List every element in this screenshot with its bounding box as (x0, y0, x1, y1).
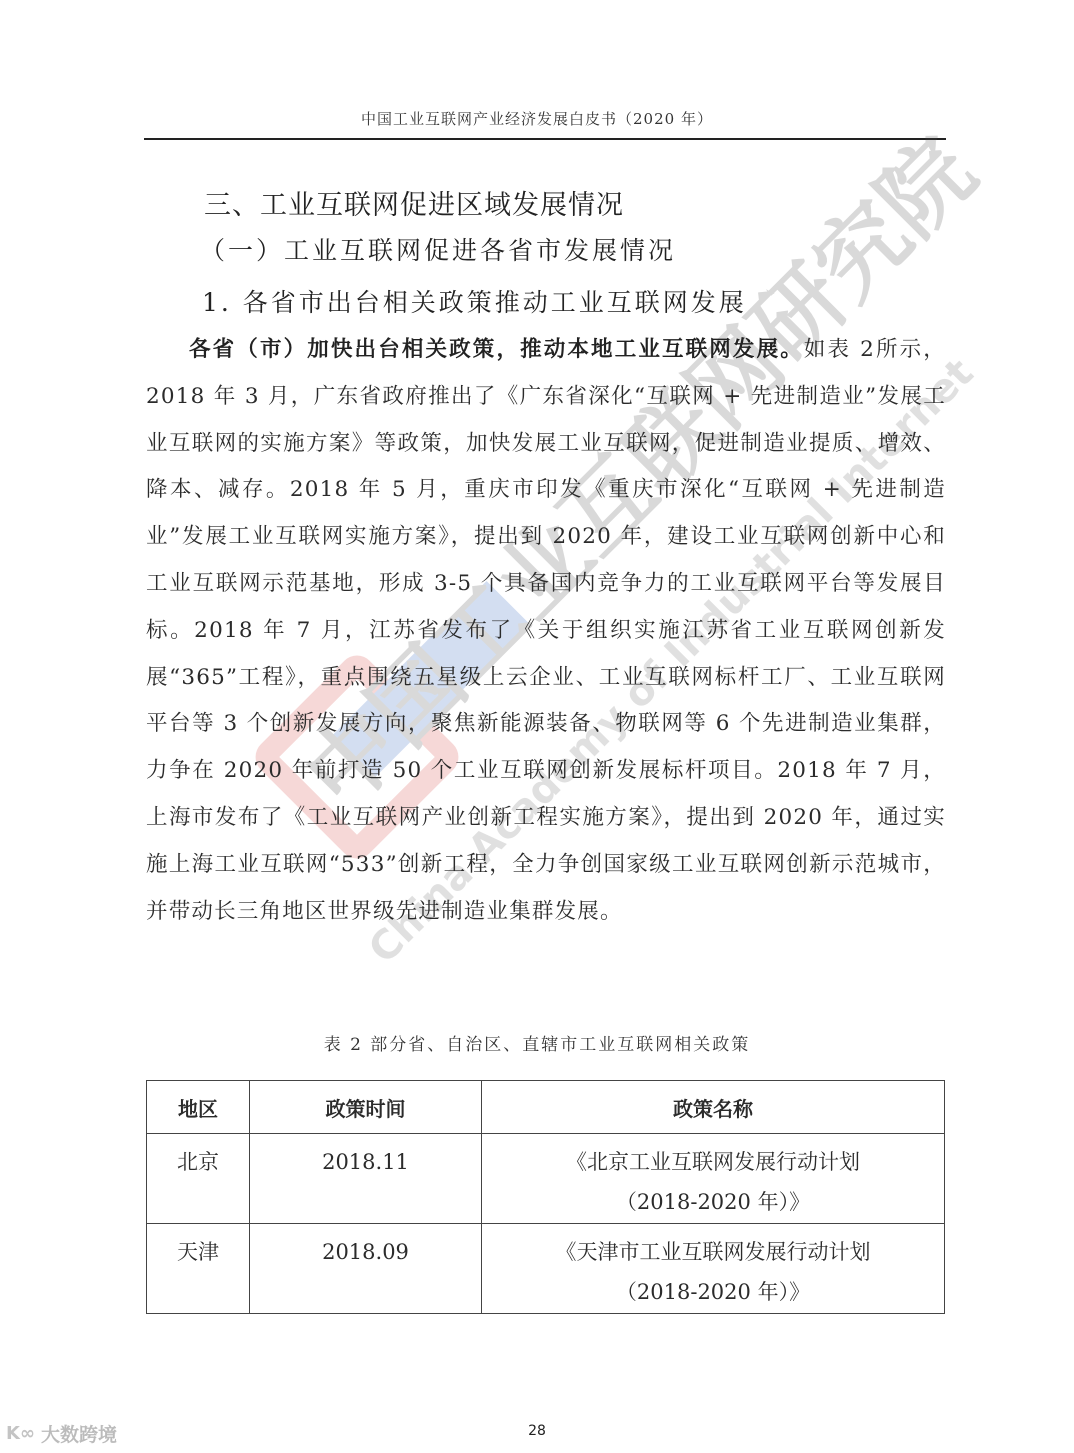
table-caption: 表 2 部分省、自治区、直辖市工业互联网相关政策 (0, 1030, 1074, 1055)
cell-date: 2018.09 (250, 1224, 482, 1314)
page-number: 28 (0, 1423, 1074, 1439)
table-row: 北京 2018.11 《北京工业互联网发展行动计划 （2018-2020 年）》 (147, 1134, 945, 1224)
cell-policy-name: 《天津市工业互联网发展行动计划 （2018-2020 年）》 (482, 1224, 945, 1314)
table-row: 天津 2018.09 《天津市工业互联网发展行动计划 （2018-2020 年）… (147, 1224, 945, 1314)
body-paragraph: 各省（市）加快出台相关政策，推动本地工业互联网发展。如表 2所示，2018 年 … (146, 327, 946, 935)
policy-name-line2: （2018-2020 年）》 (483, 1182, 943, 1222)
header-rule (144, 138, 946, 140)
paragraph-body-text: 如表 2所示，2018 年 3 月，广东省政府推出了《广东省深化“互联网 + 先… (146, 337, 946, 924)
column-header-date: 政策时间 (250, 1081, 482, 1134)
section-heading: 三、工业互联网促进区域发展情况 (204, 183, 624, 222)
cell-region: 天津 (147, 1224, 250, 1314)
policy-name-line1: 《北京工业互联网发展行动计划 (483, 1142, 943, 1182)
running-header: 中国工业互联网产业经济发展白皮书（2020 年） (0, 108, 1074, 129)
cell-policy-name: 《北京工业互联网发展行动计划 （2018-2020 年）》 (482, 1134, 945, 1224)
column-header-region: 地区 (147, 1081, 250, 1134)
policy-name-line2: （2018-2020 年）》 (483, 1272, 943, 1312)
cell-date: 2018.11 (250, 1134, 482, 1224)
table-header-row: 地区 政策时间 政策名称 (147, 1081, 945, 1134)
subsection-heading: （一）工业互联网促进各省市发展情况 (200, 231, 676, 267)
cell-region: 北京 (147, 1134, 250, 1224)
policy-name-line1: 《天津市工业互联网发展行动计划 (483, 1232, 943, 1272)
subsubsection-heading: 1. 各省市出台相关政策推动工业互联网发展 (202, 283, 747, 319)
column-header-policy-name: 政策名称 (482, 1081, 945, 1134)
policy-table: 地区 政策时间 政策名称 北京 2018.11 《北京工业互联网发展行动计划 （… (146, 1080, 945, 1314)
paragraph-lead-sentence: 各省（市）加快出台相关政策，推动本地工业互联网发展。 (189, 337, 804, 362)
